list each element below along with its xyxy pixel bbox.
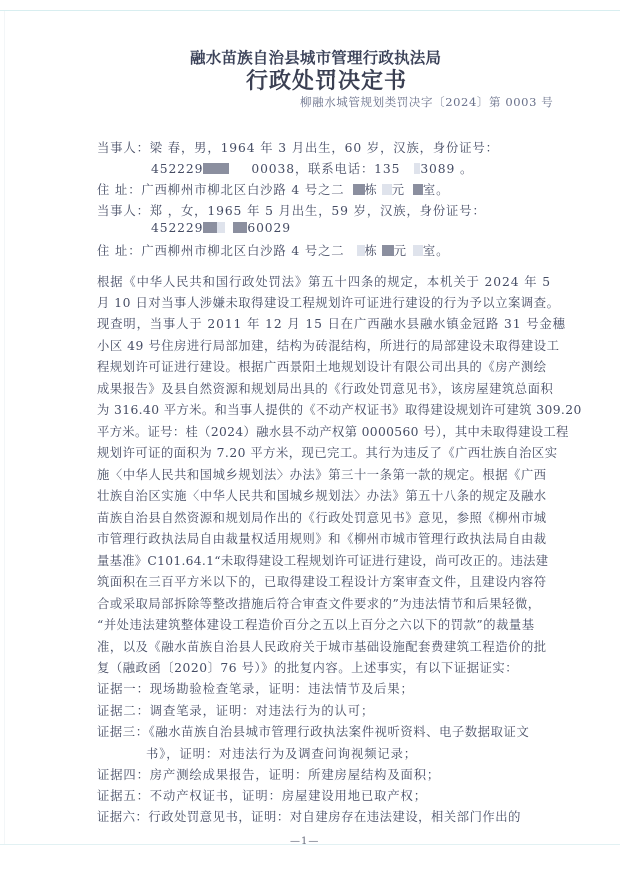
body-line: 量基准》C101.64.1“未取得建设工程规划许可证进行建设，尚可改正的。违法建 (97, 551, 548, 569)
body-line: 平方米。证号：桂（2024）融水县不动产权第 0000560 号），其中未取得建… (97, 422, 569, 440)
body-line: 程规划许可证进行建设。根据广西景阳土地规划设计有限公司出具的《房产测绘 (97, 357, 547, 375)
redaction-block (217, 222, 225, 233)
party-2-id-prefix: 452229 (151, 221, 203, 235)
body-line: 筑面积在三百平方米以下的，已取得建设工程设计方案审查文件，且建设内容符 (97, 572, 547, 590)
page-top-edge (0, 10, 620, 11)
body-line: 为 316.40 平方米。和当事人提供的《不动产权证书》取得建设规划许可建筑 3… (97, 400, 582, 418)
party-1-line-1: 当事人：梁 春，男，1964 年 3 月出生，60 岁，汉族，身份证号： (97, 138, 499, 156)
party-2-line-1: 当事人：郑 ，女，1965 年 5 月出生，59 岁，汉族，身份证号： (97, 201, 486, 219)
body-line: 苗族自治县自然资源和规划局作出的《行政处罚意见书》意见，参照《柳州市城 (97, 508, 547, 526)
body-line: 成果报告》及县自然资源和规划局出具的《行政处罚意见书》，该房屋建筑总面积 (97, 379, 553, 397)
body-line: 月 10 日对当事人涉嫌未取得建设工程规划许可证进行建设的行为予以立案调查。 (97, 293, 559, 311)
body-line: 市管理行政执法局自由裁量权适用规则》和《柳州市城市管理行政执法局自由裁 (97, 529, 547, 547)
party-2-address-line: 住 址：广西柳州市柳北区白沙路 4 号之二栋元室。 (97, 241, 449, 259)
body-line: 壮族自治区实施〈中华人民共和国城乡规划法〉办法》第五十八条的规定及融水 (97, 486, 547, 504)
evidence-item: 证据五：不动产权证书，证明：房屋建设用地已取产权； (97, 786, 427, 804)
document-number: 柳融水城管规划类罚决字〔2024〕第 0003 号 (300, 94, 553, 110)
evidence-item: 证据二：调查笔录，证明：对违法行为的认可； (97, 701, 374, 719)
party-1-address-line: 住 址：广西柳州市柳北区白沙路 4 号之二栋元室。 (97, 180, 449, 198)
page-number: —1— (290, 836, 319, 847)
party-2-id-line: 45222960029 (151, 221, 291, 235)
redaction-block (353, 184, 365, 195)
party-2-id-suffix: 60029 (247, 221, 291, 235)
body-line: 规划许可证的面积为 7.20 平方米，现已完工。其行为违反了《广西壮族自治区实 (97, 443, 558, 461)
evidence-item: 证据四：房产测绘成果报告，证明：所建房屋结构及面积； (97, 765, 440, 783)
page-left-edge (4, 11, 5, 844)
party-2-address: 广西柳州市柳北区白沙路 4 号之二 (141, 244, 344, 258)
body-line: 现查明，当事人于 2011 年 12 月 15 日在广西融水县融水镇金冠路 31… (97, 314, 566, 332)
body-line: 根据《中华人民共和国行政处罚法》第五十四条的规定，本机关于 2024 年 5 (97, 272, 551, 290)
body-line: 合或采取局部拆除等整改措施后符合审查文件要求的”为违法情节和后果轻微， (97, 594, 541, 612)
party-1-id-prefix: 452229 (151, 162, 203, 176)
redaction-block (413, 245, 423, 256)
redaction-block (413, 184, 423, 195)
body-line: 小区 49 号住房进行局部加建，结构为砖混结构，所进行的局部建设未取得建设工 (97, 336, 559, 354)
redaction-block (233, 222, 247, 233)
address-label: 住 址： (97, 183, 141, 197)
party-1-id-line: 45222900038，联系电话：1353089 。 (151, 159, 473, 177)
body-line: 复（融政函〔2020〕76 号）》的批复内容。上述事实，有以下证据证实： (97, 658, 518, 676)
body-line: 准，以及《融水苗族自治县人民政府关于城市基础设施配套费建筑工程造价的批 (97, 637, 547, 655)
redaction-block (382, 184, 392, 195)
evidence-item: 证据六：行政处罚意见书，证明：对自建房存在违法建设，相关部门作出的 (97, 807, 521, 825)
party-1-id-suffix: 00038，联系电话：135 (251, 162, 400, 176)
body-line: 施〈中华人民共和国城乡规划法〉办法》第三十一条第一款的规定。根据《广西 (97, 465, 547, 483)
redaction-block (203, 163, 229, 174)
party-1-phone-suffix: 3089 。 (420, 162, 473, 176)
evidence-item: 证据一：现场勘验检查笔录，证明：违法情节及后果； (97, 679, 414, 697)
evidence-item: 证据三：《融水苗族自治县城市管理行政执法案件视听资料、电子数据取证文 (97, 722, 529, 740)
redaction-block (203, 222, 217, 233)
redaction-block (357, 245, 365, 256)
evidence-item-continuation: 书》，证明：对违法行为及调查问询视频记录； (146, 744, 417, 762)
redaction-block (382, 245, 394, 256)
body-line: “并处违法建筑整体建设工程造价百分之五以上百分之六以下的罚款”的裁量基 (97, 615, 535, 633)
party-1-address: 广西柳州市柳北区白沙路 4 号之二 (141, 183, 344, 197)
document-title: 行政处罚决定书 (246, 64, 407, 95)
